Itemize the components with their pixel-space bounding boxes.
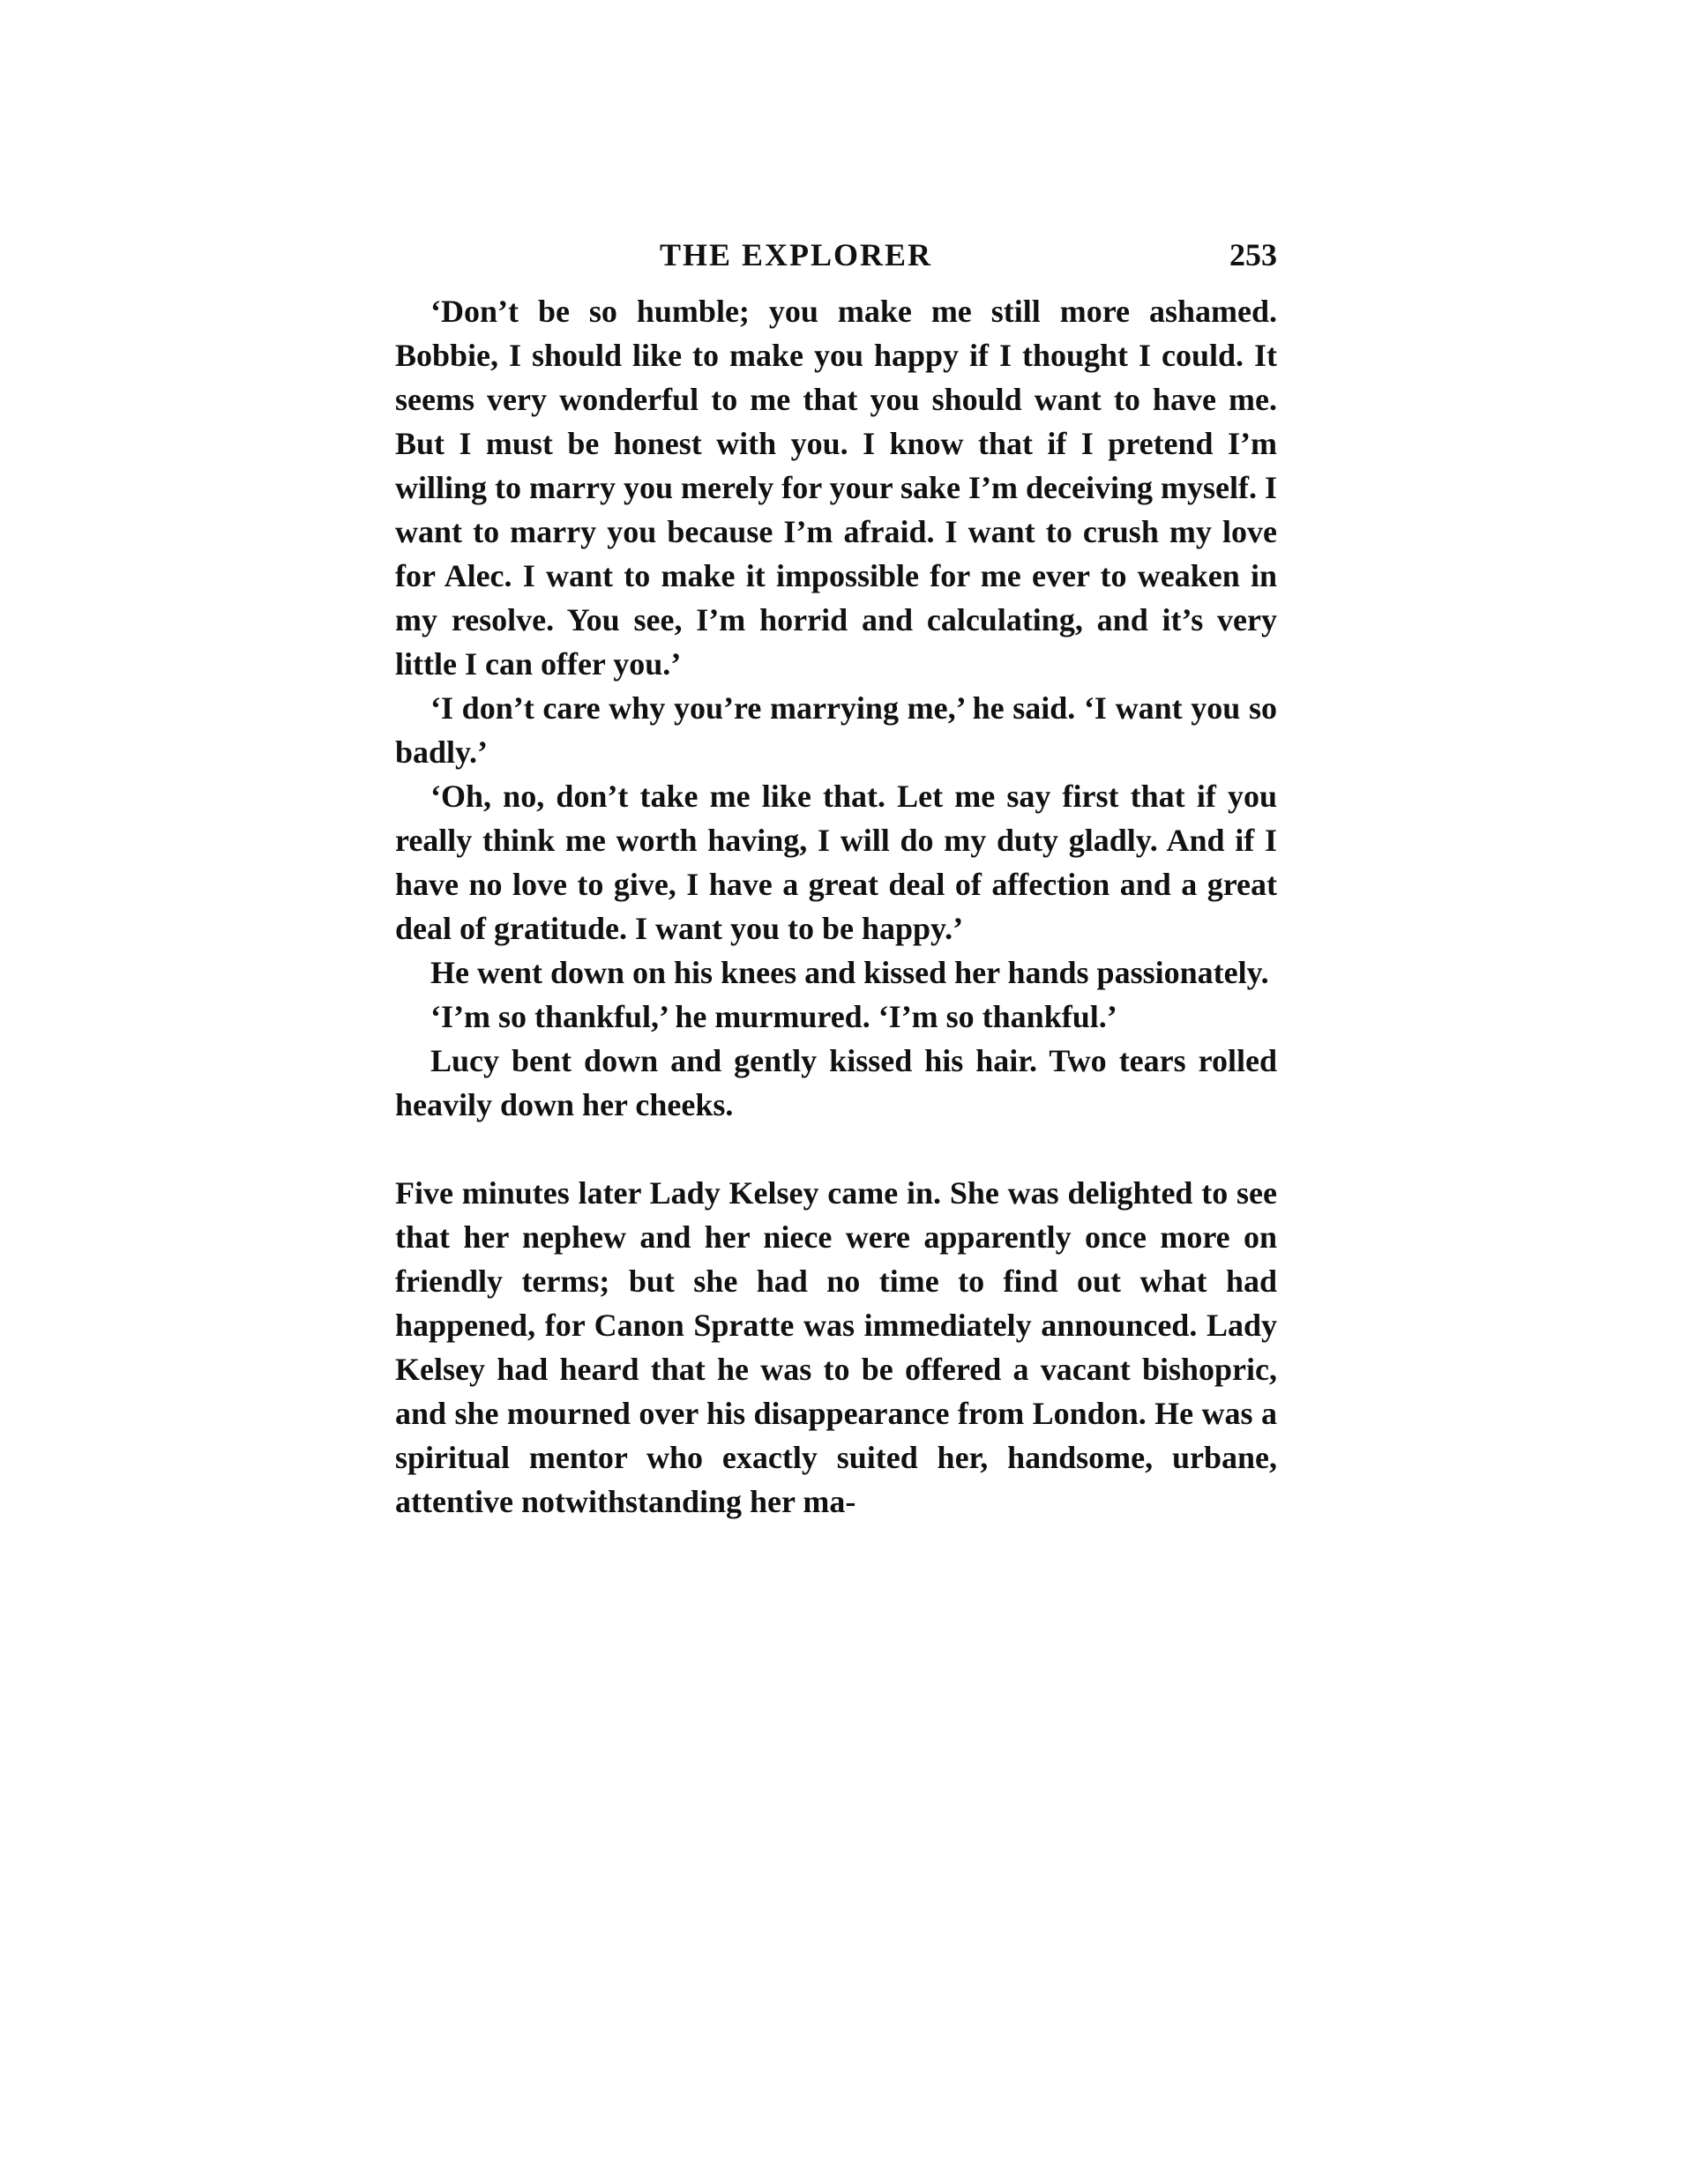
book-page: THE EXPLORER 253 ‘Don’t be so humble; yo… xyxy=(395,236,1277,1524)
section-break xyxy=(395,1127,1277,1171)
paragraph: ‘Oh, no, don’t take me like that. Let me… xyxy=(395,774,1277,950)
paragraph: ‘Don’t be so humble; you make me still m… xyxy=(395,289,1277,686)
paragraph: Five minutes later Lady Kelsey came in. … xyxy=(395,1171,1277,1524)
paragraph: He went down on his knees and kissed her… xyxy=(395,950,1277,995)
paragraph: ‘I’m so thankful,’ he murmured. ‘I’m so … xyxy=(395,995,1277,1039)
running-title: THE EXPLORER xyxy=(660,236,932,273)
page-header: THE EXPLORER 253 xyxy=(395,236,1277,289)
paragraph: ‘I don’t care why you’re marrying me,’ h… xyxy=(395,686,1277,774)
paragraph: Lucy bent down and gently kissed his hai… xyxy=(395,1039,1277,1127)
page-number: 253 xyxy=(1229,236,1277,273)
